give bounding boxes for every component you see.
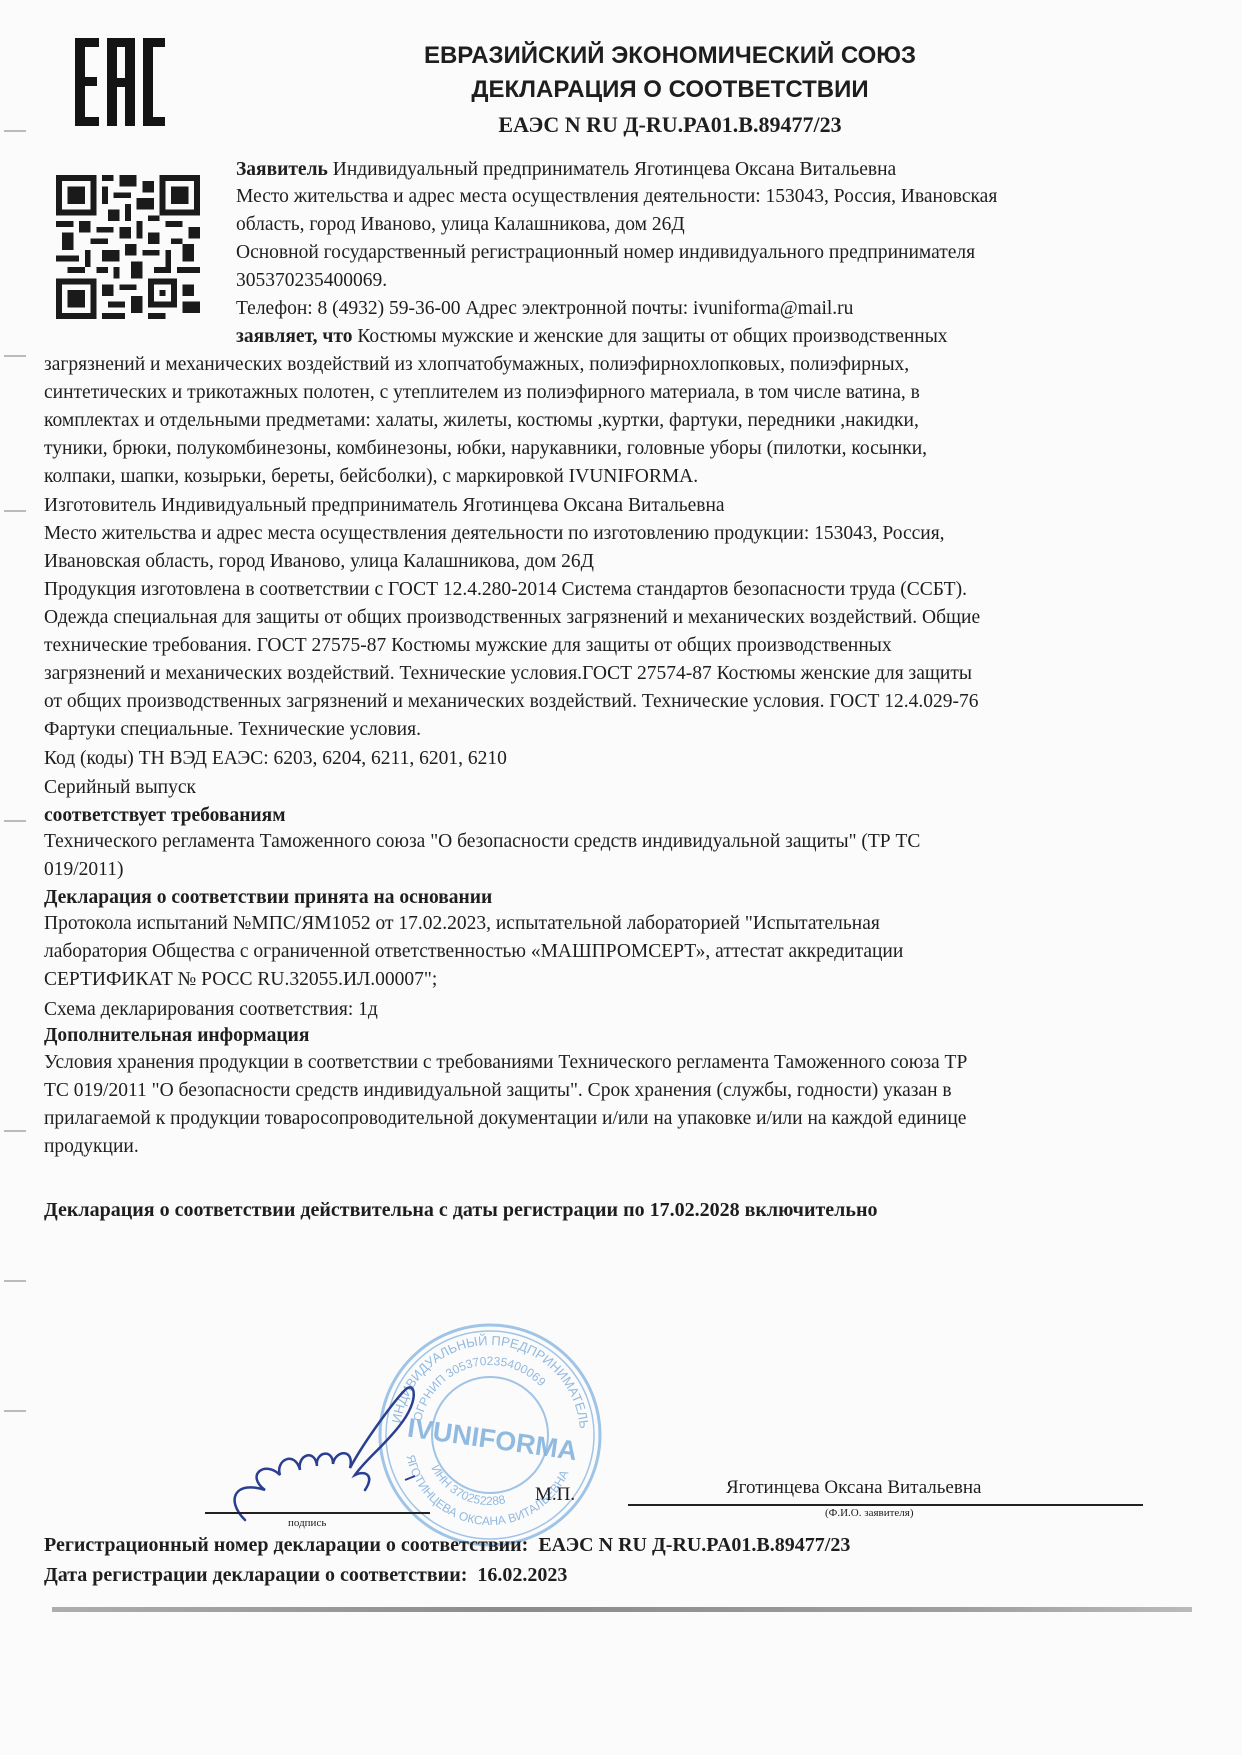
standards-line: Одежда специальная для защиты от общих п… <box>44 608 980 628</box>
signature-caption: подпись <box>288 1518 326 1529</box>
validity-statement: Декларация о соответствии действительна … <box>44 1200 878 1220</box>
applicant-address-2: область, город Иваново, улица Калашников… <box>236 215 685 235</box>
standards-line: от общих производственных загрязнений и … <box>44 692 979 712</box>
registration-number-label: Регистрационный номер декларации о соотв… <box>44 1534 528 1556</box>
product-description-start: Костюмы мужские и женские для защиты от … <box>353 326 948 347</box>
tn-ved-codes: Код (коды) ТН ВЭД ЕАЭС: 6203, 6204, 6211… <box>44 749 507 769</box>
manufacturer-line: Изготовитель Индивидуальный предпринимат… <box>44 496 725 516</box>
signer-name: Яготинцева Оксана Витальевна <box>726 1478 981 1497</box>
additional-info-heading: Дополнительная информация <box>44 1026 309 1046</box>
signer-name-line <box>628 1504 1143 1506</box>
manufacturer-address-1: Место жительства и адрес места осуществл… <box>44 524 945 544</box>
basis-heading: Декларация о соответствии принята на осн… <box>44 888 492 908</box>
document-title: ДЕКЛАРАЦИЯ О СООТВЕТСТВИИ <box>320 76 1020 104</box>
applicant-name: Индивидуальный предприниматель Яготинцев… <box>328 159 896 180</box>
product-description-line: загрязнений и механических воздействий и… <box>44 355 909 375</box>
signer-caption: (Ф.И.О. заявителя) <box>825 1508 914 1519</box>
additional-info-line: ТС 019/2011 "О безопасности средств инди… <box>44 1081 952 1101</box>
seal-label: М.П. <box>535 1485 575 1504</box>
registration-date-row: Дата регистрации декларации о соответств… <box>44 1565 567 1585</box>
registration-number-value: ЕАЭС N RU Д-RU.PA01.B.89477/23 <box>538 1534 850 1556</box>
product-description-line: туники, брюки, полукомбинезоны, комбинез… <box>44 439 927 459</box>
applicant-contacts: Телефон: 8 (4932) 59-36-00 Адрес электро… <box>236 299 853 319</box>
test-protocol: Протокола испытаний №МПС/ЯМ1052 от 17.02… <box>44 914 880 934</box>
union-title: ЕВРАЗИЙСКИЙ ЭКОНОМИЧЕСКИЙ СОЮЗ <box>320 42 1020 70</box>
declaration-number: ЕАЭС N RU Д-RU.PA01.B.89477/23 <box>320 112 1020 138</box>
declares-label: заявляет, что <box>236 326 353 347</box>
additional-info-line: Условия хранения продукции в соответстви… <box>44 1053 967 1073</box>
test-lab: лаборатория Общества с ограниченной отве… <box>44 942 903 962</box>
bottom-rule <box>52 1607 1192 1612</box>
conformity-heading: соответствует требованиям <box>44 806 286 826</box>
product-description-line: комплектах и отдельными предметами: хала… <box>44 411 919 431</box>
handwritten-signature-icon <box>205 1380 435 1530</box>
declares-line: заявляет, что Костюмы мужские и женские … <box>236 327 948 347</box>
ogrnip-label: Основной государственный регистрационный… <box>236 243 975 263</box>
qr-code-icon <box>56 175 200 319</box>
standards-line: загрязнений и механических воздействий. … <box>44 664 972 684</box>
manufacturer-address-2: Ивановская область, город Иваново, улица… <box>44 552 594 572</box>
conformity-regulation-cont: 019/2011) <box>44 860 123 880</box>
signature-line <box>205 1512 430 1514</box>
product-description-line: синтетических и трикотажных полотен, с у… <box>44 383 920 403</box>
signature <box>205 1380 435 1530</box>
standards-line: технические требования. ГОСТ 27575-87 Ко… <box>44 636 892 656</box>
applicant-address-1: Место жительства и адрес места осуществл… <box>236 187 997 207</box>
applicant-label: Заявитель <box>236 159 328 180</box>
standards-line: Продукция изготовлена в соответствии с Г… <box>44 580 967 600</box>
accreditation-certificate: СЕРТИФИКАТ № РОСС RU.32055.ИЛ.00007"; <box>44 970 437 990</box>
declaration-scheme: Схема декларирования соответствия: 1д <box>44 1000 378 1020</box>
additional-info-line: продукции. <box>44 1137 139 1157</box>
qr-code[interactable] <box>56 175 200 319</box>
product-description-line: колпаки, шапки, козырьки, береты, бейсбо… <box>44 467 698 487</box>
release-type: Серийный выпуск <box>44 778 196 798</box>
applicant-line: Заявитель Индивидуальный предприниматель… <box>236 160 896 180</box>
registration-date-value: 16.02.2023 <box>477 1564 567 1586</box>
eac-mark-icon <box>75 38 165 126</box>
eac-logo <box>75 38 165 126</box>
registration-number-row: Регистрационный номер декларации о соотв… <box>44 1535 850 1555</box>
conformity-regulation: Технического регламента Таможенного союз… <box>44 832 920 852</box>
additional-info-line: прилагаемой к продукции товаросопроводит… <box>44 1109 966 1129</box>
registration-date-label: Дата регистрации декларации о соответств… <box>44 1564 467 1586</box>
ogrnip-value: 305370235400069. <box>236 271 387 291</box>
standards-line: Фартуки специальные. Технические условия… <box>44 720 421 740</box>
